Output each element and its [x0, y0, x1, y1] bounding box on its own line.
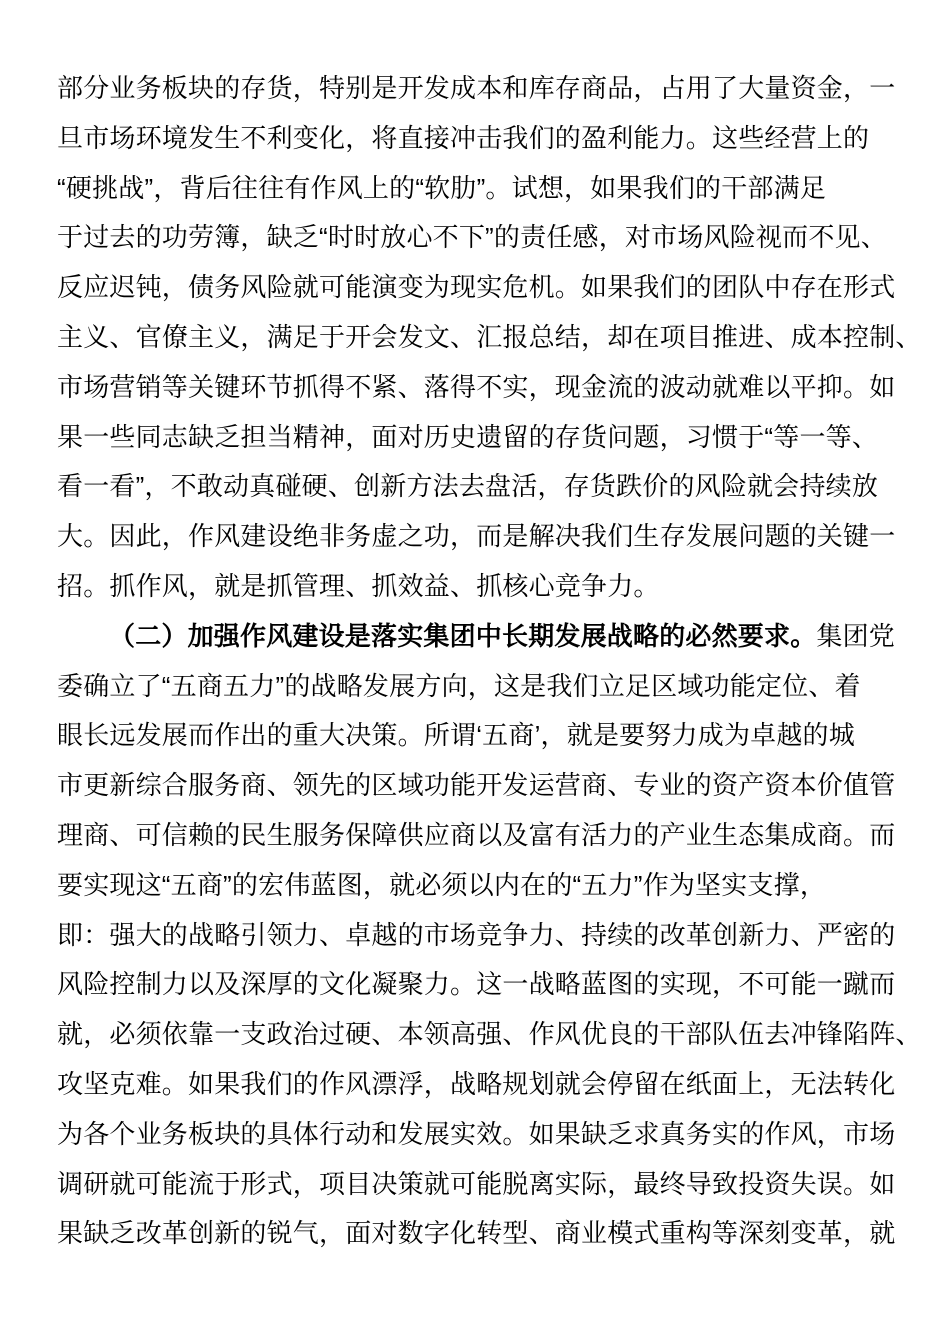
- text-line: 委确立了“五商五力”的战略发展方向，这是我们立足区域功能定位、着: [57, 662, 890, 712]
- body-text-run: 攻坚克难。如果我们的作风漂浮，战略规划就会停留在纸面上，无法转化: [57, 1069, 895, 1099]
- document-body: 部分业务板块的存货，特别是开发成本和库存商品，占用了大量资金，一旦市场环境发生不…: [57, 64, 890, 1259]
- body-text-run: 市更新综合服务商、领先的区域功能开发运营商、专业的资产资本价值管: [57, 770, 895, 800]
- text-line: 反应迟钝，债务风险就可能演变为现实危机。如果我们的团队中存在形式: [57, 263, 890, 313]
- text-line: 攻坚克难。如果我们的作风漂浮，战略规划就会停留在纸面上，无法转化: [57, 1060, 890, 1110]
- body-text-run: 大。因此，作风建设绝非务虚之功，而是解决我们生存发展问题的关键一: [57, 521, 895, 551]
- text-line: 眼长远发展而作出的重大决策。所谓‘五商’，就是要努力成为卓越的城: [57, 711, 890, 761]
- body-text-run: 果缺乏改革创新的锐气，面对数字化转型、商业模式重构等深刻变革，就: [57, 1218, 895, 1248]
- body-text-run: 旦市场环境发生不利变化，将直接冲击我们的盈利能力。这些经营上的: [57, 123, 869, 153]
- text-line: “硬挑战”，背后往往有作风上的“软肋”。试想，如果我们的干部满足: [57, 164, 890, 214]
- text-line: 主义、官僚主义，满足于开会发文、汇报总结，却在项目推进、成本控制、: [57, 313, 890, 363]
- text-line: 就，必须依靠一支政治过硬、本领高强、作风优良的干部队伍去冲锋陷阵、: [57, 1010, 890, 1060]
- section-heading-run: （二）加强作风建设是落实集团中长期发展战略的必然要求。: [109, 621, 816, 651]
- text-line: 风险控制力以及深厚的文化凝聚力。这一战略蓝图的实现，不可能一蹴而: [57, 960, 890, 1010]
- body-text-run: 为各个业务板块的具体行动和发展实效。如果缺乏求真务实的作风，市场: [57, 1119, 895, 1149]
- body-text-run: 果一些同志缺乏担当精神，面对历史遗留的存货问题，习惯于“等一等、: [57, 422, 878, 452]
- text-line: 于过去的功劳簿，缺乏“时时放心不下”的责任感，对市场风险视而不见、: [57, 213, 890, 263]
- text-line: 果一些同志缺乏担当精神，面对历史遗留的存货问题，习惯于“等一等、: [57, 413, 890, 463]
- text-line: 果缺乏改革创新的锐气，面对数字化转型、商业模式重构等深刻变革，就: [57, 1209, 890, 1259]
- text-line: 要实现这“五商”的宏伟蓝图，就必须以内在的“五力”作为坚实支撑，: [57, 861, 890, 911]
- body-text-run: 看一看”，不敢动真碰硬、创新方法去盘活，存货跌价的风险就会持续放: [57, 471, 878, 501]
- text-line: 市场营销等关键环节抓得不紧、落得不实，现金流的波动就难以平抑。如: [57, 363, 890, 413]
- text-line: 调研就可能流于形式，项目决策就可能脱离实际，最终导致投资失误。如: [57, 1160, 890, 1210]
- text-line: 部分业务板块的存货，特别是开发成本和库存商品，占用了大量资金，一: [57, 64, 890, 114]
- text-line: 理商、可信赖的民生服务保障供应商以及富有活力的产业生态集成商。而: [57, 811, 890, 861]
- text-line: （二）加强作风建设是落实集团中长期发展战略的必然要求。集团党: [57, 612, 890, 662]
- body-text-run: 市场营销等关键环节抓得不紧、落得不实，现金流的波动就难以平抑。如: [57, 372, 895, 402]
- body-text-run: 委确立了“五商五力”的战略发展方向，这是我们立足区域功能定位、着: [57, 671, 861, 701]
- body-text-run: 招。抓作风，就是抓管理、抓效益、抓核心竞争力。: [57, 571, 660, 601]
- body-text-run: 于过去的功劳簿，缺乏“时时放心不下”的责任感，对市场风险视而不见、: [57, 222, 887, 252]
- text-line: 看一看”，不敢动真碰硬、创新方法去盘活，存货跌价的风险就会持续放: [57, 462, 890, 512]
- body-text-run: 集团党: [816, 621, 895, 651]
- body-text-run: 主义、官僚主义，满足于开会发文、汇报总结，却在项目推进、成本控制、: [57, 322, 922, 352]
- body-text-run: “硬挑战”，背后往往有作风上的“软肋”。试想，如果我们的干部满足: [57, 173, 826, 203]
- body-text-run: 调研就可能流于形式，项目决策就可能脱离实际，最终导致投资失误。如: [57, 1169, 895, 1199]
- body-text-run: 眼长远发展而作出的重大决策。所谓‘五商’，就是要努力成为卓越的城: [57, 720, 855, 750]
- body-text-run: 就，必须依靠一支政治过硬、本领高强、作风优良的干部队伍去冲锋陷阵、: [57, 1019, 922, 1049]
- text-line: 招。抓作风，就是抓管理、抓效益、抓核心竞争力。: [57, 562, 890, 612]
- text-line: 旦市场环境发生不利变化，将直接冲击我们的盈利能力。这些经营上的: [57, 114, 890, 164]
- body-text-run: 理商、可信赖的民生服务保障供应商以及富有活力的产业生态集成商。而: [57, 820, 895, 850]
- body-text-run: 要实现这“五商”的宏伟蓝图，就必须以内在的“五力”作为坚实支撑，: [57, 870, 826, 900]
- text-line: 市更新综合服务商、领先的区域功能开发运营商、专业的资产资本价值管: [57, 761, 890, 811]
- body-text-run: 即：强大的战略引领力、卓越的市场竞争力、持续的改革创新力、严密的: [57, 920, 895, 950]
- body-text-run: 部分业务板块的存货，特别是开发成本和库存商品，占用了大量资金，一: [57, 73, 895, 103]
- body-text-run: 风险控制力以及深厚的文化凝聚力。这一战略蓝图的实现，不可能一蹴而: [57, 969, 895, 999]
- text-line: 大。因此，作风建设绝非务虚之功，而是解决我们生存发展问题的关键一: [57, 512, 890, 562]
- text-line: 即：强大的战略引领力、卓越的市场竞争力、持续的改革创新力、严密的: [57, 911, 890, 961]
- text-line: 为各个业务板块的具体行动和发展实效。如果缺乏求真务实的作风，市场: [57, 1110, 890, 1160]
- body-text-run: 反应迟钝，债务风险就可能演变为现实危机。如果我们的团队中存在形式: [57, 272, 895, 302]
- document-page: 部分业务板块的存货，特别是开发成本和库存商品，占用了大量资金，一旦市场环境发生不…: [0, 0, 950, 1344]
